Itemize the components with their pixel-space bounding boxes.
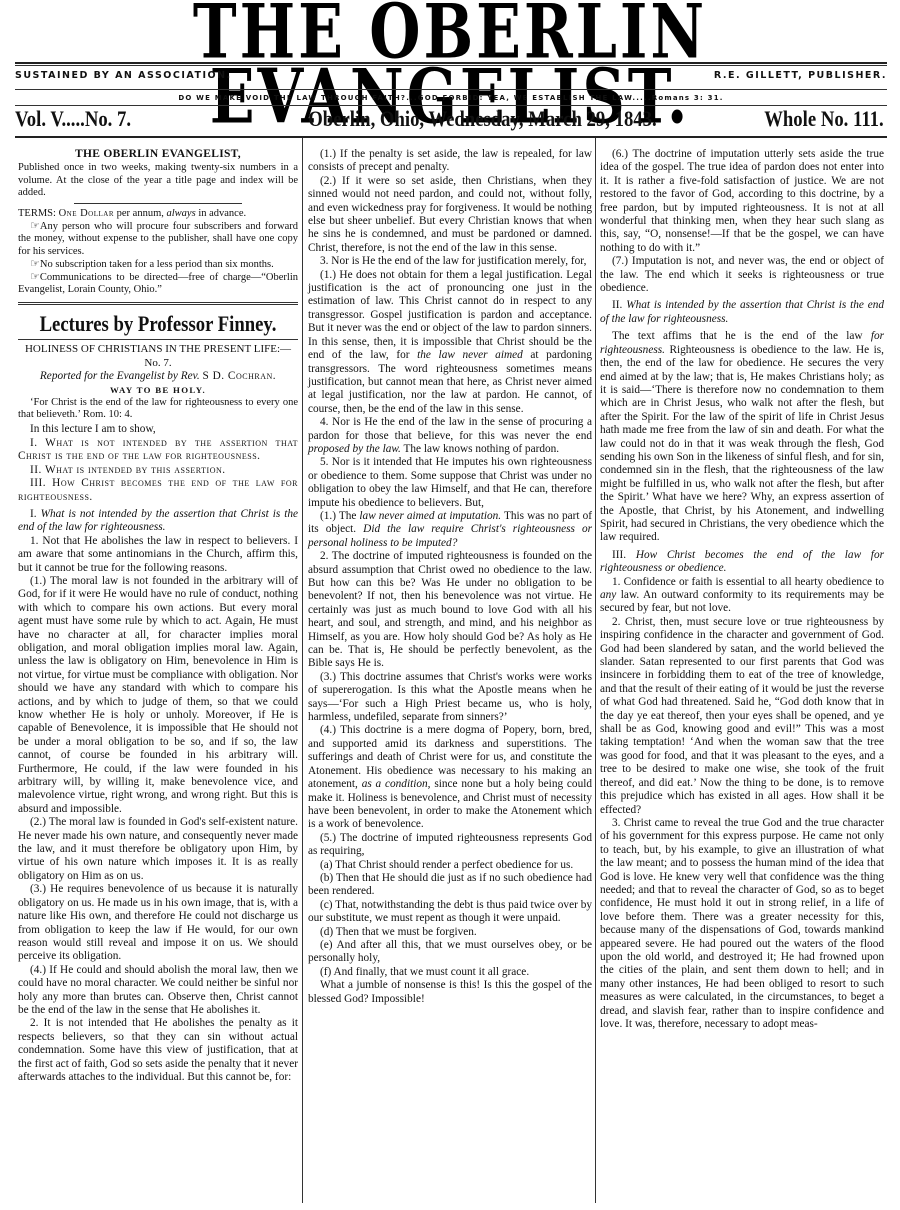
dateline: Vol. V.....No. 7. Oberlin, Ohio, Wednesd… <box>15 106 756 132</box>
whole-number: Whole No. 111. <box>764 106 883 132</box>
paragraph: 4. Nor is He the end of the law in the s… <box>308 416 592 456</box>
paragraph: 3. Christ came to reveal the true God an… <box>600 817 884 1032</box>
notice-item: ☞Communications to be directed—free of c… <box>18 271 298 296</box>
list-item: (d) Then that we must be forgiven. <box>308 926 592 939</box>
lecture-heading-rule <box>18 339 298 340</box>
sustained-line: SUSTAINED BY AN ASSOCIATION. <box>15 70 232 81</box>
masthead: THE OBERLIN EVANGELIST. <box>0 0 900 52</box>
paragraph: (3.) He requires benevolence of us becau… <box>18 883 298 963</box>
paragraph: 3. Nor is He the end of the law for just… <box>308 255 592 268</box>
list-item: (a) That Christ should render a perfect … <box>308 859 592 872</box>
lecture-heading: Lectures by Professor Finney. <box>39 311 277 337</box>
list-item: (f) And finally, that we must count it a… <box>308 966 592 979</box>
paragraph: (6.) The doctrine of imputation utterly … <box>600 148 884 255</box>
paragraph: (5.) The doctrine of imputed righteousne… <box>308 832 592 859</box>
paragraph: (1.) He does not obtain for them a legal… <box>308 269 592 416</box>
paragraph: (2.) If it were so set aside, then Chris… <box>308 175 592 255</box>
pointing-hand-icon: ☞ <box>30 257 40 270</box>
paragraph: (1.) The moral law is not founded in the… <box>18 575 298 816</box>
paragraph: 5. Nor is it intended that He imputes hi… <box>308 456 592 510</box>
motto: DO WE MAKE VOID THE LAW THROUGH FAITH?..… <box>15 94 887 102</box>
section-heading: III. How Christ becomes the end of the l… <box>600 549 884 576</box>
paragraph: 2. It is not intended that He abolishes … <box>18 1017 298 1084</box>
outline-item: III. How Christ becomes the end of the l… <box>18 477 298 504</box>
publisher-line: R.E. GILLETT, PUBLISHER. <box>714 70 887 81</box>
paragraph: (1.) If the penalty is set aside, the la… <box>308 148 592 175</box>
volume-number: Vol. V.....No. 7. <box>15 106 131 132</box>
section-heading: II. What is intended by the assertion th… <box>600 299 884 326</box>
notice-item: ☞Any person who will procure four subscr… <box>18 220 298 258</box>
lecture-topic: WAY TO BE HOLY. <box>18 384 298 397</box>
list-item: (c) That, notwithstanding the debt is th… <box>308 899 592 926</box>
paragraph: (7.) Imputation is not, and never was, t… <box>600 255 884 295</box>
notice-terms: TERMS: One Dollar per annum, always in a… <box>18 208 298 220</box>
notice-title: THE OBERLIN EVANGELIST, <box>18 148 298 161</box>
paragraph: The text affims that he is the end of th… <box>600 330 884 545</box>
list-item: (b) Then that He should die just as if n… <box>308 872 592 899</box>
masthead-rule <box>15 62 887 64</box>
lecture-intro: In this lecture I am to show, <box>18 423 298 436</box>
notice-end-rule <box>18 302 298 305</box>
notice-divider <box>74 203 242 204</box>
masthead-rule-thin <box>15 65 887 66</box>
column-divider-2 <box>595 138 596 1203</box>
issue-date: Oberlin, Ohio, Wednesday, March 29, 1843… <box>308 106 656 132</box>
pointing-hand-icon: ☞ <box>30 219 40 232</box>
notice-item: ☞No subscription taken for a less period… <box>18 258 298 271</box>
dateline-rule <box>15 136 887 138</box>
subhead-rule <box>15 89 887 90</box>
paragraph: What a jumble of nonsense is this! Is th… <box>308 979 592 1006</box>
paragraph: (1.) The law never aimed at imputation. … <box>308 510 592 550</box>
paragraph: 1. Not that He abolishes the law in resp… <box>18 535 298 575</box>
paragraph: (4.) This doctrine is a mere dogma of Po… <box>308 724 592 831</box>
lecture-scripture: ‘For Christ is the end of the law for ri… <box>18 397 298 421</box>
newspaper-page: THE OBERLIN EVANGELIST. SUSTAINED BY AN … <box>0 0 900 1210</box>
lecture-reporter: Reported for the Evangelist by Rev. S D.… <box>18 370 298 383</box>
paragraph: 1. Confidence or faith is essential to a… <box>600 576 884 616</box>
subhead: SUSTAINED BY AN ASSOCIATION. R.E. GILLET… <box>15 70 887 84</box>
section-heading: I. What is not intended by the assertion… <box>18 508 298 535</box>
lecture-subtitle: HOLINESS OF CHRISTIANS IN THE PRESENT LI… <box>18 343 298 370</box>
column-3: (6.) The doctrine of imputation utterly … <box>600 148 884 1031</box>
notice-published: Published once in two weeks, making twen… <box>18 162 298 199</box>
paragraph: (2.) The moral law is founded in God's s… <box>18 816 298 883</box>
list-item: (e) And after all this, that we must our… <box>308 939 592 966</box>
outline-item: II. What is intended by this assertion. <box>18 464 298 477</box>
column-divider-1 <box>302 138 303 1203</box>
paragraph: (3.) This doctrine assumes that Christ's… <box>308 671 592 725</box>
column-2: (1.) If the penalty is set aside, the la… <box>308 148 592 1006</box>
pointing-hand-icon: ☞ <box>30 270 40 283</box>
paragraph: 2. The doctrine of imputed righteousness… <box>308 550 592 671</box>
paragraph: (4.) If He could and should abolish the … <box>18 964 298 1018</box>
outline-item: I. What is not intended by the assertion… <box>18 437 298 464</box>
paragraph: 2. Christ, then, must secure love or tru… <box>600 616 884 817</box>
column-1: THE OBERLIN EVANGELIST, Published once i… <box>18 148 298 1084</box>
